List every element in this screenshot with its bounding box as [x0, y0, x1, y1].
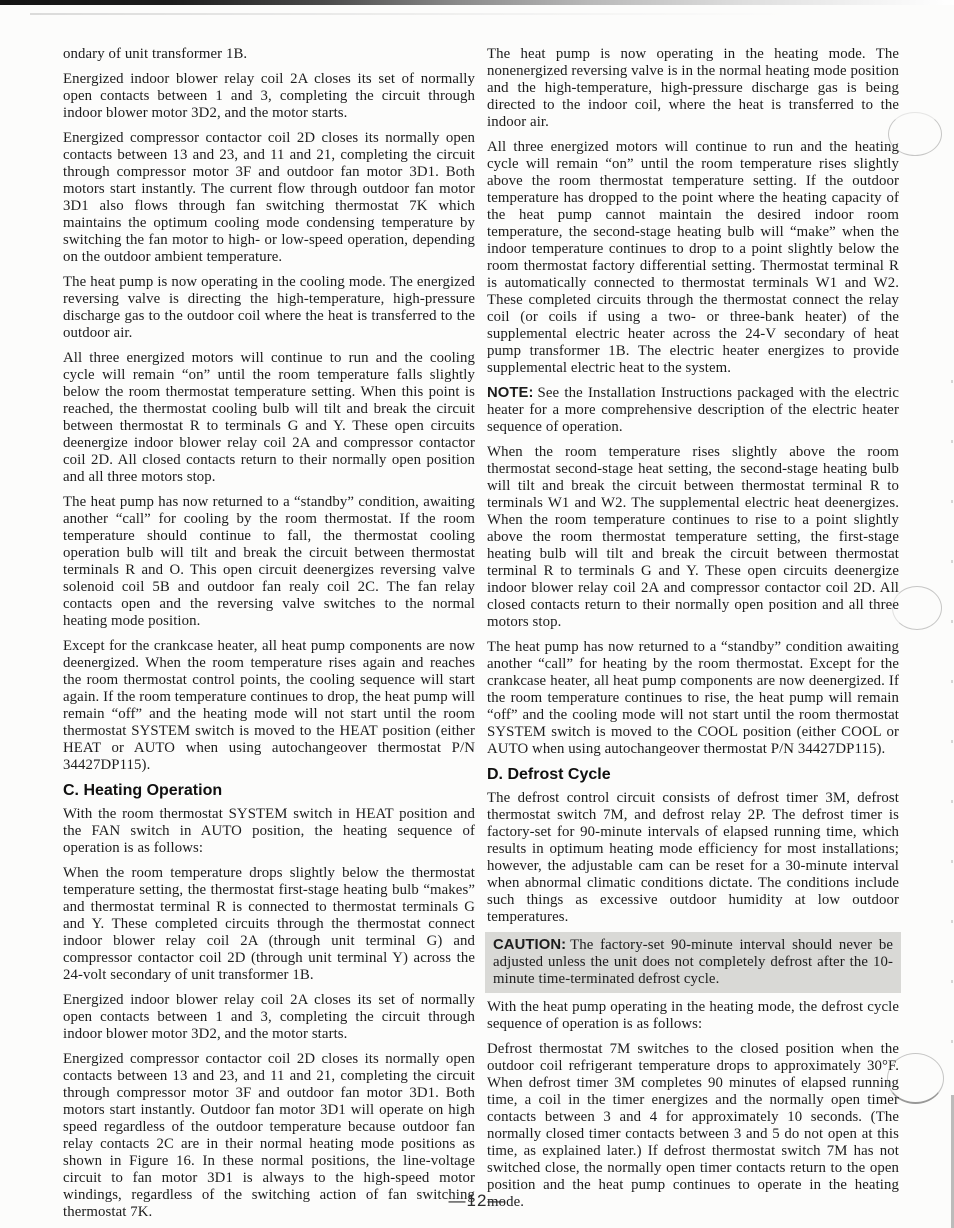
scan-smudge-artifact	[30, 13, 790, 15]
right-column: The heat pump is now operating in the he…	[487, 46, 899, 1219]
paragraph: ondary of unit transformer 1B.	[63, 46, 475, 63]
note-paragraph: NOTE:See the Installation Instructions p…	[487, 385, 899, 436]
paragraph: The defrost control circuit consists of …	[487, 790, 899, 926]
paragraph: The heat pump has now returned to a “sta…	[63, 494, 475, 630]
binder-ring-artifact	[888, 112, 942, 156]
left-column: ondary of unit transformer 1B. Energized…	[63, 46, 475, 1228]
binder-ring-artifact	[892, 586, 942, 630]
caution-label: CAUTION:	[493, 937, 566, 953]
paragraph: When the room temperature drops slightly…	[63, 865, 475, 984]
binder-ring-artifact	[887, 1053, 944, 1104]
paragraph: The heat pump has now returned to a “sta…	[487, 639, 899, 758]
paragraph: Energized indoor blower relay coil 2A cl…	[63, 992, 475, 1043]
paragraph: All three energized motors will continue…	[63, 350, 475, 486]
paragraph: With the heat pump operating in the heat…	[487, 999, 899, 1033]
page-number: —12—	[0, 1191, 954, 1211]
paragraph: Except for the crankcase heater, all hea…	[63, 638, 475, 774]
section-heading-defrost-cycle: D. Defrost Cycle	[487, 766, 899, 784]
paragraph: With the room thermostat SYSTEM switch i…	[63, 806, 475, 857]
caution-block: CAUTION:The factory-set 90-minute interv…	[487, 934, 899, 991]
paragraph: Energized indoor blower relay coil 2A cl…	[63, 71, 475, 122]
paragraph: When the room temperature rises slightly…	[487, 444, 899, 631]
scanned-manual-page: { "page": { "number": "—12—" }, "left": …	[0, 0, 954, 1228]
note-text: See the Installation Instructions packag…	[487, 385, 899, 435]
paragraph: The heat pump is now operating in the co…	[63, 274, 475, 342]
paragraph: Energized compressor contactor coil 2D c…	[63, 130, 475, 266]
scan-right-edge-dots-artifact	[951, 380, 953, 1080]
section-heading-heating-operation: C. Heating Operation	[63, 782, 475, 800]
paragraph: The heat pump is now operating in the he…	[487, 46, 899, 131]
paragraph: All three energized motors will continue…	[487, 139, 899, 377]
paragraph: Defrost thermostat 7M switches to the cl…	[487, 1041, 899, 1211]
scan-top-edge-artifact	[0, 0, 954, 5]
note-label: NOTE:	[487, 385, 534, 401]
